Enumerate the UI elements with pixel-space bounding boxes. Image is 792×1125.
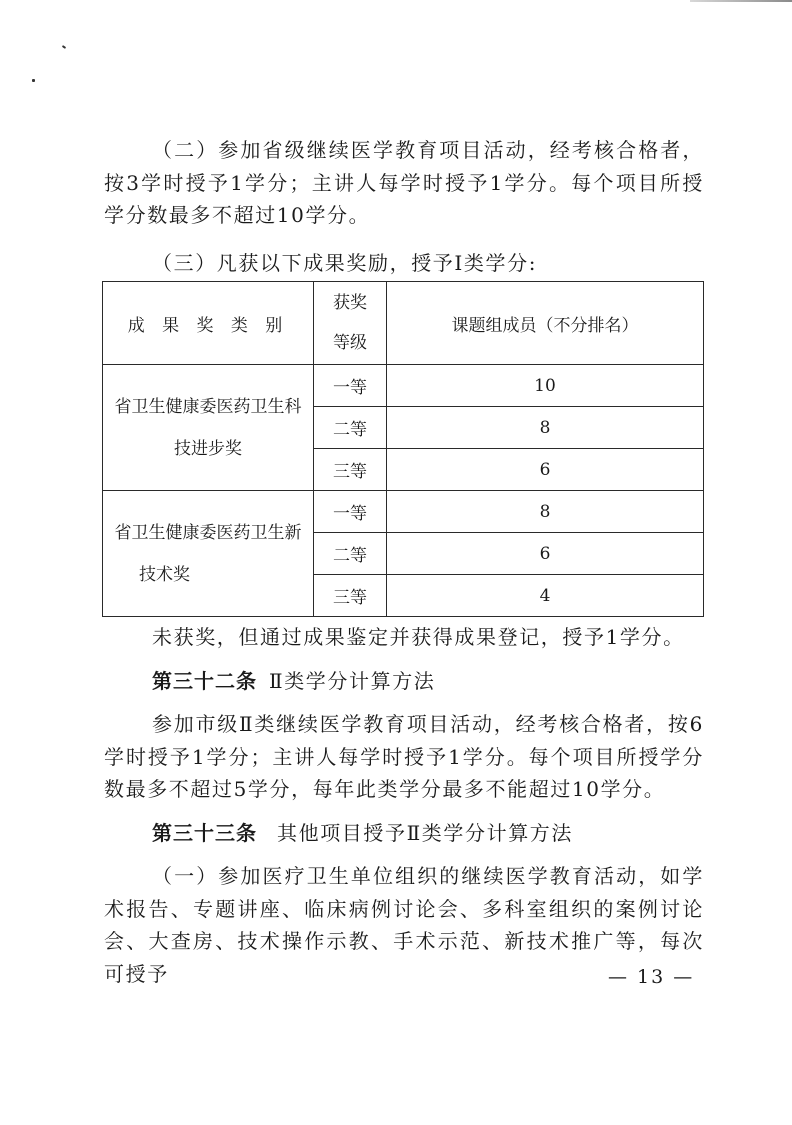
article-33-title: 其他项目授予Ⅱ类学分计算方法 bbox=[277, 821, 573, 845]
table-row: 省卫生健康委医药卫生新 技术奖 一等 8 bbox=[103, 491, 704, 533]
header-category: 成 果 奖 类 别 bbox=[103, 282, 314, 365]
table-header-row: 成 果 奖 类 别 获奖 等级 课题组成员（不分排名） bbox=[103, 282, 704, 365]
level-cell: 二等 bbox=[314, 533, 387, 575]
awards-credit-table: 成 果 奖 类 别 获奖 等级 课题组成员（不分排名） 省卫生健康委医药卫生科 … bbox=[102, 281, 704, 617]
scan-speck bbox=[32, 79, 35, 82]
scan-artifact-line bbox=[690, 0, 792, 2]
category-line2: 技进步奖 bbox=[174, 439, 242, 459]
level-cell: 二等 bbox=[314, 407, 387, 449]
page-number: — 13 — bbox=[608, 966, 694, 988]
scan-speck bbox=[62, 45, 66, 49]
header-level-line1: 获奖 bbox=[333, 293, 367, 313]
credits-cell: 10 bbox=[387, 365, 704, 407]
level-cell: 三等 bbox=[314, 575, 387, 617]
table-row: 省卫生健康委医药卫生科 技进步奖 一等 10 bbox=[103, 365, 704, 407]
category-line1: 省卫生健康委医药卫生新 bbox=[115, 523, 302, 543]
category-line2: 技术奖 bbox=[103, 554, 313, 596]
header-members: 课题组成员（不分排名） bbox=[387, 282, 704, 365]
level-cell: 一等 bbox=[314, 365, 387, 407]
paragraph-item-2: （二）参加省级继续医学教育项目活动，经考核合格者，按3学时授予1学分；主讲人每学… bbox=[104, 134, 704, 232]
article-32-body: 参加市级Ⅱ类继续医学教育项目活动，经考核合格者，按6学时授予1学分；主讲人每学时… bbox=[104, 708, 704, 806]
article-32-heading: 第三十二条Ⅱ类学分计算方法 bbox=[104, 665, 704, 698]
category-cell-sci-tech: 省卫生健康委医药卫生科 技进步奖 bbox=[103, 365, 314, 491]
level-cell: 三等 bbox=[314, 449, 387, 491]
header-level-line2: 等级 bbox=[333, 333, 367, 353]
category-cell-new-tech: 省卫生健康委医药卫生新 技术奖 bbox=[103, 491, 314, 617]
paragraph-no-award: 未获奖，但通过成果鉴定并获得成果登记，授予1学分。 bbox=[104, 621, 704, 654]
header-award-level: 获奖 等级 bbox=[314, 282, 387, 365]
category-line1: 省卫生健康委医药卫生科 bbox=[115, 397, 302, 417]
credits-cell: 6 bbox=[387, 533, 704, 575]
credits-cell: 6 bbox=[387, 449, 704, 491]
article-32-number: 第三十二条 bbox=[152, 669, 257, 693]
level-cell: 一等 bbox=[314, 491, 387, 533]
article-33-heading: 第三十三条其他项目授予Ⅱ类学分计算方法 bbox=[104, 817, 704, 850]
credits-cell: 8 bbox=[387, 407, 704, 449]
credits-cell: 4 bbox=[387, 575, 704, 617]
credits-cell: 8 bbox=[387, 491, 704, 533]
article-33-number: 第三十三条 bbox=[152, 821, 257, 845]
paragraph-item-3: （三）凡获以下成果奖励，授予Ⅰ类学分: bbox=[104, 247, 704, 280]
article-32-title: Ⅱ类学分计算方法 bbox=[269, 669, 435, 693]
